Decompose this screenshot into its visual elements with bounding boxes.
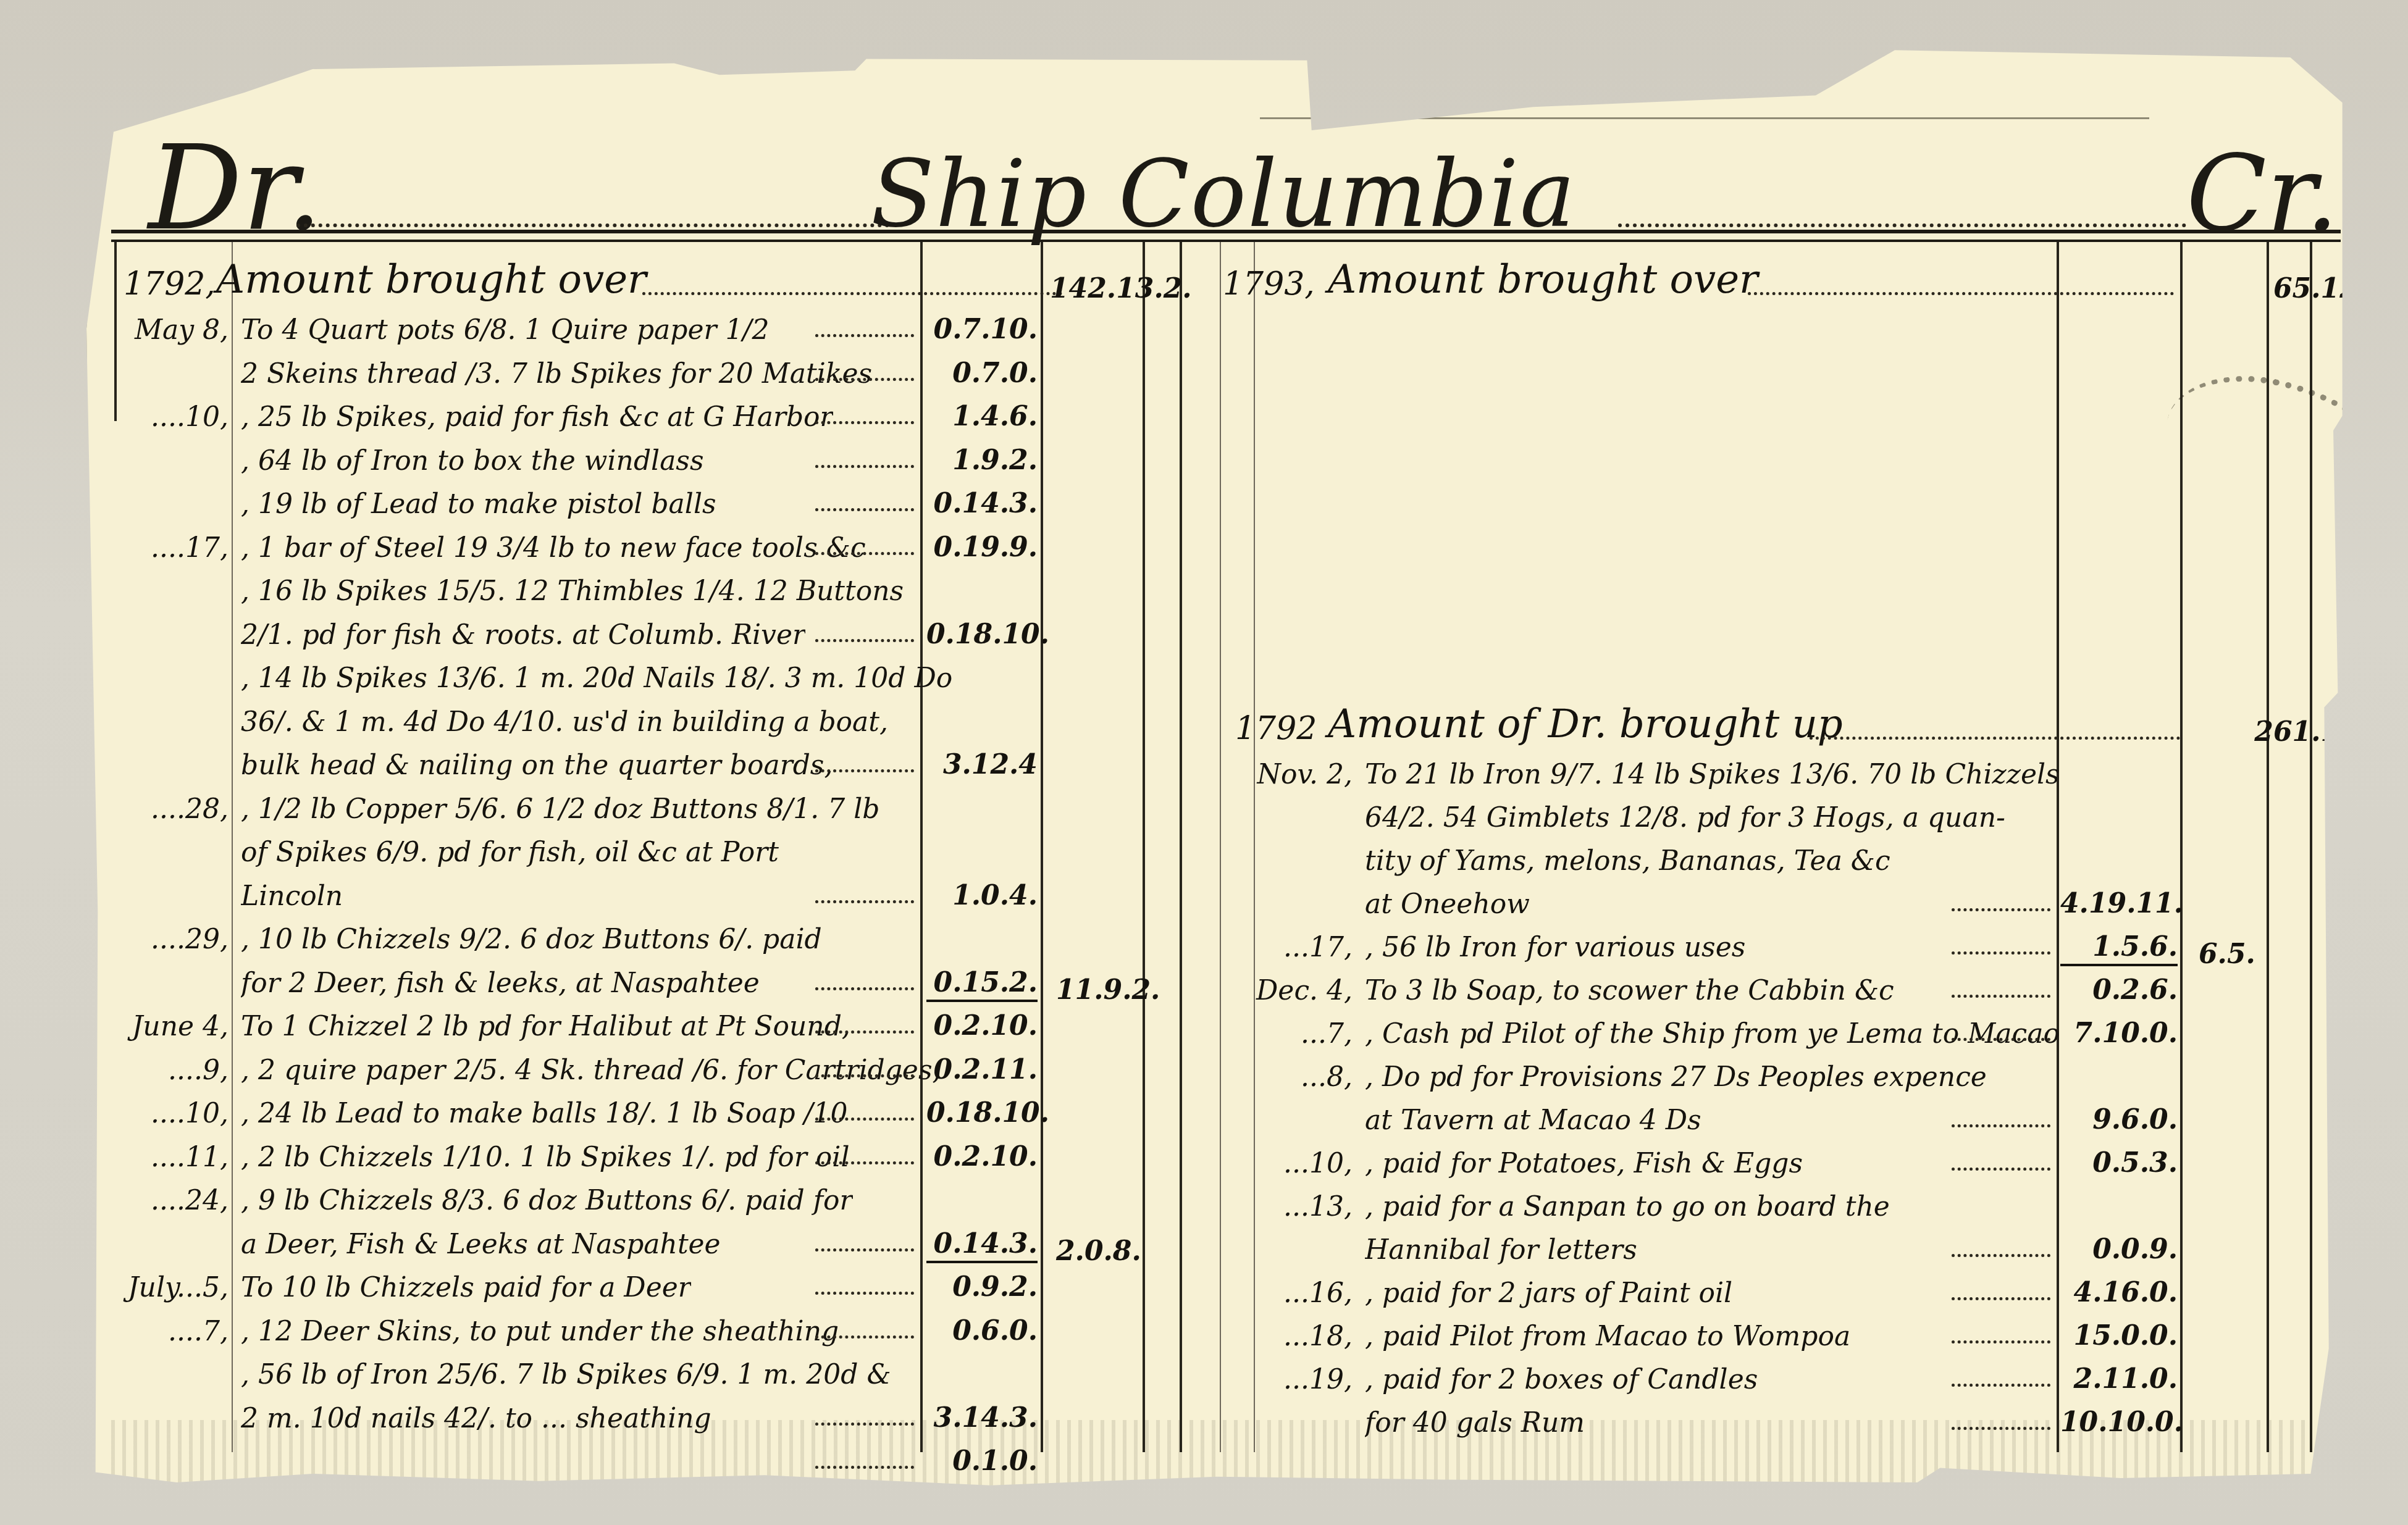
debit-entry-row: , 16 lb Spikes 15/5. 12 Thimbles 1/4. 12…	[124, 564, 920, 607]
debit-total-shillings-rule	[1180, 242, 1182, 1452]
debit-entry-row: ....11,, 2 lb Chizzels 1/10. 1 lb Spikes…	[124, 1130, 920, 1173]
debit-entry-amount: 0.2.10.	[926, 1010, 1038, 1042]
ledger-page: Dr. Ship Columbia Cr. 1792, Amount broug…	[86, 37, 2347, 1494]
credit-entry-row: ...10,, paid for Potatoes, Fish & Eggs	[1223, 1136, 2057, 1179]
credit-entry-amount: 7.10.0.	[2060, 1017, 2178, 1049]
debit-entry-description: , 64 lb of Iron to box the windlass	[241, 445, 704, 477]
debit-entry-description: , 24 lb Lead to make balls 18/. 1 lb Soa…	[241, 1098, 848, 1129]
debit-entry-date: ....29,	[124, 924, 229, 955]
leader-dots	[815, 1461, 914, 1469]
debit-entry-description: 2 m. 10d nails 42/. to ... sheathing	[241, 1403, 711, 1434]
credit-entry-description: , paid for Potatoes, Fish & Eggs	[1365, 1148, 1803, 1179]
debit-entry-description: 2/1. pd for fish & roots. at Columb. Riv…	[241, 619, 805, 651]
credit-entry-description: , 56 lb Iron for various uses	[1365, 932, 1745, 963]
heading-leader-left	[296, 224, 889, 227]
leader-dots	[815, 1287, 914, 1295]
debit-entry-row: ....28,, 1/2 lb Copper 5/6. 6 1/2 doz Bu…	[124, 782, 920, 825]
debit-entry-date: ....10,	[124, 401, 229, 433]
credit-brought-over-total: 65.12.6.	[2186, 273, 2396, 304]
debit-entry-amount: 3.12.4	[926, 749, 1038, 780]
debit-entry-amount: 0.1.0.	[926, 1445, 1038, 1477]
leader-dots	[1952, 1379, 2050, 1387]
debit-entry-description: , 1/2 lb Copper 5/6. 6 1/2 doz Buttons 8…	[241, 793, 879, 825]
credit-total-pounds-rule	[2267, 242, 2269, 1452]
credit-entry-row: for 40 gals Rum	[1223, 1395, 2057, 1439]
leader-dots	[1952, 1335, 2050, 1343]
debit-entry-row: , 14 lb Spikes 13/6. 1 m. 20d Nails 18/.…	[124, 651, 920, 694]
credit-entry-row: Nov. 2,To 21 lb Iron 9/7. 14 lb Spikes 1…	[1223, 747, 2057, 790]
credit-amount-column-rule-left	[2057, 242, 2059, 1452]
debit-entry-description: , 12 Deer Skins, to put under the sheath…	[241, 1316, 839, 1347]
credit-amount-column-rule-right	[2180, 242, 2183, 1452]
debit-entry-description: , 2 lb Chizzels 1/10. 1 lb Spikes 1/. pd…	[241, 1142, 849, 1173]
water-stain	[2148, 359, 2408, 561]
credit-entry-row: at Tavern at Macao 4 Ds	[1223, 1093, 2057, 1136]
credit-entry-row: ...18,, paid Pilot from Macao to Wompoa	[1223, 1309, 2057, 1352]
debit-entry-row: May 8,To 4 Quart pots 6/8. 1 Quire paper…	[124, 303, 920, 346]
debit-entry-row: July...5,To 10 lb Chizzels paid for a De…	[124, 1260, 920, 1303]
debit-brought-over-label: Amount brought over	[216, 257, 647, 303]
credit-entry-row: 64/2. 54 Gimblets 12/8. pd for 3 Hogs, a…	[1223, 790, 2057, 834]
leader-dots	[815, 1156, 914, 1164]
header-rule-bottom	[111, 240, 2341, 242]
credit-entry-description: 64/2. 54 Gimblets 12/8. pd for 3 Hogs, a…	[1365, 802, 2005, 834]
debit-entry-date: ....17,	[124, 532, 229, 564]
debit-entry-description: , 9 lb Chizzels 8/3. 6 doz Buttons 6/. p…	[241, 1185, 853, 1216]
credit-entry-row: ...17,, 56 lb Iron for various uses	[1223, 920, 2057, 963]
debit-entry-description: , 1 bar of Steel 19 3/4 lb to new face t…	[241, 532, 866, 564]
debit-entry-amount: 0.19.9.	[926, 532, 1038, 563]
leader-dots	[815, 1331, 914, 1339]
credit-entry-date: ...13,	[1223, 1191, 1353, 1222]
credit-entry-row: Hannibal for letters	[1223, 1222, 2057, 1266]
credit-entry-amount: 4.19.11.	[2060, 888, 2178, 919]
torn-edge	[1260, 43, 2149, 119]
leader-dots	[815, 503, 914, 511]
debit-entry-description: a Deer, Fish & Leeks at Naspahtee	[241, 1229, 721, 1260]
debit-subtotal: 11.9.2.	[1056, 974, 1217, 1006]
credit-entry-description: , Do pd for Provisions 27 Ds Peoples exp…	[1365, 1061, 1987, 1093]
credit-entry-description: at Tavern at Macao 4 Ds	[1365, 1105, 1701, 1136]
debit-entry-amount: 0.18.10.	[926, 619, 1038, 650]
leader-dots	[815, 1026, 914, 1034]
debit-entry-row: for 2 Deer, fish & leeks, at Naspahtee	[124, 956, 920, 999]
credit-year: 1793,	[1223, 265, 1315, 303]
debit-entry-description: of Spikes 6/9. pd for fish, oil &c at Po…	[241, 837, 779, 868]
debit-entry-description: To 4 Quart pots 6/8. 1 Quire paper 1/2	[241, 314, 769, 346]
debit-entry-amount: 0.2.10.	[926, 1141, 1038, 1172]
credit-entry-amount: 0.5.3.	[2060, 1147, 2178, 1179]
debit-entry-row: ....10,, 25 lb Spikes, paid for fish &c …	[124, 390, 920, 433]
credit-dr-brought-up-label: Amount of Dr. brought up	[1328, 701, 1843, 747]
debit-entry-row: of Spikes 6/9. pd for fish, oil &c at Po…	[124, 825, 920, 868]
debit-entry-row: 2 m. 10d nails 42/. to ... sheathing	[124, 1391, 920, 1434]
debit-entry-date: ....7,	[124, 1316, 229, 1347]
leader-dots	[815, 373, 914, 381]
debit-entry-row: 36/. & 1 m. 4d Do 4/10. us'd in building…	[124, 695, 920, 738]
credit-entry-description: , paid for a Sanpan to go on board the	[1365, 1191, 1890, 1222]
debit-entry-description: for 2 Deer, fish & leeks, at Naspahtee	[241, 967, 760, 999]
credit-entry-amount: 2.11.0.	[2060, 1363, 2178, 1395]
debit-entry-date: May 8,	[124, 314, 229, 346]
debit-entry-date: ....24,	[124, 1185, 229, 1216]
debit-entry-description: bulk head & nailing on the quarter board…	[241, 750, 833, 781]
debit-entry-row: ....29,, 10 lb Chizzels 9/2. 6 doz Butto…	[124, 912, 920, 955]
credit-entry-amount: 0.0.9.	[2060, 1234, 2178, 1265]
debit-entry-amount: 0.14.3.	[926, 488, 1038, 519]
credit-entry-date: ...18,	[1223, 1321, 1353, 1352]
page-title: Ship Columbia	[871, 148, 1576, 241]
page-center-rule	[1220, 242, 1221, 1452]
debit-entry-amount: 0.9.2.	[926, 1271, 1038, 1303]
leader-dots	[815, 1418, 914, 1426]
credit-entry-date: Dec. 4,	[1223, 975, 1353, 1006]
debit-entry-date: ....11,	[124, 1142, 229, 1173]
debit-entry-row: ....7,, 12 Deer Skins, to put under the …	[124, 1304, 920, 1347]
debit-entry-amount: 0.7.0.	[926, 357, 1038, 389]
debit-entry-date: ....28,	[124, 793, 229, 825]
leader-dots	[815, 329, 914, 337]
credit-entry-row: ...19,, paid for 2 boxes of Candles	[1223, 1352, 2057, 1395]
leader-dots	[1952, 1292, 2050, 1300]
leader-dots	[815, 1069, 914, 1077]
debit-entry-amount: 1.0.4.	[926, 880, 1038, 911]
debit-amount-column-rule-left	[920, 242, 923, 1452]
credit-entry-description: , paid for 2 jars of Paint oil	[1365, 1277, 1732, 1309]
debit-entry-date: ....9,	[124, 1055, 229, 1086]
debit-entry-row: , 56 lb of Iron 25/6. 7 lb Spikes 6/9. 1…	[124, 1347, 920, 1390]
debit-entry-row: a Deer, Fish & Leeks at Naspahtee	[124, 1217, 920, 1260]
credit-entry-date: ...16,	[1223, 1277, 1353, 1309]
credit-entry-row: ...7,, Cash pd Pilot of the Ship from ye…	[1223, 1006, 2057, 1050]
leader-dots	[815, 982, 914, 990]
credit-entry-amount: 10.10.0.	[2060, 1406, 2178, 1438]
credit-total-shillings-rule	[2310, 242, 2312, 1452]
leader-dots	[815, 764, 914, 772]
debit-entry-amount: 0.14.3.	[926, 1228, 1038, 1263]
leader-dots	[1952, 1119, 2050, 1127]
debit-year: 1792,	[124, 265, 216, 303]
credit-brought-over-row: 1793, Amount brought over	[1223, 259, 2057, 303]
debit-entry-row: 2/1. pd for fish & roots. at Columb. Riv…	[124, 608, 920, 651]
credit-entry-date: ...17,	[1223, 932, 1353, 963]
credit-entry-date: Nov. 2,	[1223, 759, 1353, 790]
left-margin-rule	[114, 242, 117, 421]
debit-entry-description: , 25 lb Spikes, paid for fish &c at G Ha…	[241, 401, 833, 433]
debit-entry-description: , 19 lb of Lead to make pistol balls	[241, 488, 716, 520]
debit-entry-description: To 10 lb Chizzels paid for a Deer	[241, 1272, 691, 1303]
debit-total-pounds-rule	[1143, 242, 1145, 1452]
debit-entry-description: , 14 lb Spikes 13/6. 1 m. 20d Nails 18/.…	[241, 662, 952, 694]
leader-dots	[1952, 1033, 2050, 1041]
credit-dr-brought-up-total: 261.13.4.	[2186, 716, 2396, 748]
header-rule-top	[111, 230, 2341, 233]
debit-entry-description: 2 Skeins thread /3. 7 lb Spikes for 20 M…	[241, 358, 872, 390]
credit-entry-row: ...8,, Do pd for Provisions 27 Ds People…	[1223, 1050, 2057, 1093]
debit-entry-amount: 0.6.0.	[926, 1315, 1038, 1347]
credit-section2-year: 1792	[1235, 710, 1317, 747]
credit-entry-date: ...7,	[1223, 1018, 1353, 1050]
debit-entry-amount: 3.14.3.	[926, 1402, 1038, 1434]
leader-dots	[1952, 1422, 2050, 1430]
credit-entry-date: ...19,	[1223, 1364, 1353, 1395]
leader-dots	[1952, 903, 2050, 911]
credit-subtotal: 6.5.	[2199, 938, 2384, 970]
debit-brought-over-total: 142.13.2.	[1050, 273, 1235, 304]
leader-dots	[815, 416, 914, 424]
credit-entry-description: To 21 lb Iron 9/7. 14 lb Spikes 13/6. 70…	[1365, 759, 2060, 790]
credit-entry-row: tity of Yams, melons, Bananas, Tea &c	[1223, 834, 2057, 877]
credit-entry-description: Hannibal for letters	[1365, 1234, 1637, 1266]
leader-dots	[815, 634, 914, 642]
credit-brought-over-label: Amount brought over	[1328, 257, 1758, 303]
debit-entry-row: ....9,, 2 quire paper 2/5. 4 Sk. thread …	[124, 1043, 920, 1086]
debit-entry-amount: 1.4.6.	[926, 401, 1038, 432]
credit-entry-description: at Oneehow	[1365, 888, 1530, 920]
debit-entry-amount: 0.15.2.	[926, 967, 1038, 1002]
debit-entry-row: , 64 lb of Iron to box the windlass	[124, 433, 920, 477]
leader-dots	[815, 1243, 914, 1251]
leader-dots	[1952, 946, 2050, 955]
debit-entry-amount: 0.18.10.	[926, 1097, 1038, 1129]
debit-entry-description: , 56 lb of Iron 25/6. 7 lb Spikes 6/9. 1…	[241, 1359, 891, 1390]
leader-dots	[1810, 732, 2180, 740]
debit-entry-description: 36/. & 1 m. 4d Do 4/10. us'd in building…	[241, 706, 888, 738]
debit-entry-row: , 19 lb of Lead to make pistol balls	[124, 477, 920, 520]
leader-dots	[642, 287, 1062, 295]
debit-entry-amount: 1.9.2.	[926, 445, 1038, 476]
debit-entry-date: July...5,	[124, 1272, 229, 1303]
debit-entry-row: ....24,, 9 lb Chizzels 8/3. 6 doz Button…	[124, 1173, 920, 1216]
debit-entry-description: To 1 Chizzel 2 lb pd for Halibut at Pt S…	[241, 1011, 850, 1042]
leader-dots	[1952, 990, 2050, 998]
leader-dots	[815, 547, 914, 555]
credit-entry-description: , paid for 2 boxes of Candles	[1365, 1364, 1758, 1395]
debit-subtotal: 2.0.8.	[1056, 1235, 1217, 1267]
debit-entry-row	[124, 1434, 920, 1477]
debit-entry-description: , 10 lb Chizzels 9/2. 6 doz Buttons 6/. …	[241, 924, 822, 955]
credit-entry-row: at Oneehow	[1223, 877, 2057, 920]
heading-leader-right	[1618, 224, 2186, 227]
debit-entry-date: June 4,	[124, 1011, 229, 1042]
credit-entry-description: tity of Yams, melons, Bananas, Tea &c	[1365, 845, 1890, 877]
debit-entry-description: Lincoln	[241, 880, 343, 912]
credit-entry-date: ...10,	[1223, 1148, 1353, 1179]
debit-amount-column-rule-right	[1041, 242, 1043, 1452]
debit-entry-description: , 16 lb Spikes 15/5. 12 Thimbles 1/4. 12…	[241, 575, 904, 607]
credit-entry-amount: 0.2.6.	[2060, 974, 2178, 1006]
debit-entry-amount: 0.2.11.	[926, 1054, 1038, 1085]
debit-entry-row: bulk head & nailing on the quarter board…	[124, 738, 920, 781]
credit-entry-amount: 1.5.6.	[2060, 931, 2178, 966]
credit-entry-description: , paid Pilot from Macao to Wompoa	[1365, 1321, 1850, 1352]
debit-entry-amount: 0.7.10.	[926, 314, 1038, 345]
credit-entry-row: Dec. 4,To 3 lb Soap, to scower the Cabbi…	[1223, 963, 2057, 1006]
credit-dr-brought-up-row: 1792 Amount of Dr. brought up	[1235, 704, 2057, 747]
credit-entry-amount: 4.16.0.	[2060, 1277, 2178, 1308]
debit-entry-row: Lincoln	[124, 869, 920, 912]
debit-entry-row: 2 Skeins thread /3. 7 lb Spikes for 20 M…	[124, 346, 920, 390]
debit-entry-row: June 4,To 1 Chizzel 2 lb pd for Halibut …	[124, 999, 920, 1042]
leader-dots	[815, 1113, 914, 1121]
credit-entry-description: for 40 gals Rum	[1365, 1407, 1585, 1439]
leader-dots	[1952, 1249, 2050, 1257]
debit-brought-over-row: 1792, Amount brought over	[124, 259, 920, 303]
credit-entry-row: ...13,, paid for a Sanpan to go on board…	[1223, 1179, 2057, 1222]
credit-entry-description: To 3 lb Soap, to scower the Cabbin &c	[1365, 975, 1894, 1006]
debit-entry-row: ....17,, 1 bar of Steel 19 3/4 lb to new…	[124, 520, 920, 564]
credit-entry-amount: 9.6.0.	[2060, 1104, 2178, 1135]
leader-dots	[1748, 287, 2174, 295]
credit-entry-amount: 15.0.0.	[2060, 1320, 2178, 1352]
credit-entry-row: ...16,, paid for 2 jars of Paint oil	[1223, 1266, 2057, 1309]
debit-entry-row: ....10,, 24 lb Lead to make balls 18/. 1…	[124, 1086, 920, 1129]
leader-dots	[815, 460, 914, 468]
leader-dots	[1952, 1163, 2050, 1171]
leader-dots	[815, 895, 914, 903]
debit-entry-date: ....10,	[124, 1098, 229, 1129]
credit-entry-date: ...8,	[1223, 1061, 1353, 1093]
